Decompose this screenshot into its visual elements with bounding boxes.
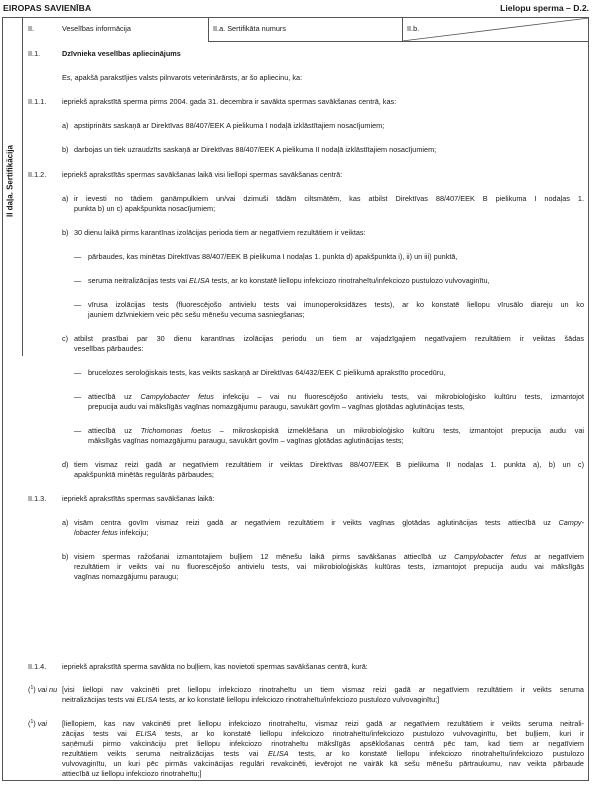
- dash-bullet: —: [74, 276, 81, 286]
- item-text-line: punkta b) un c) apakšpunkta nosacījumiem…: [74, 204, 215, 214]
- section-II-1-2-number: II.1.2.: [28, 170, 46, 180]
- option-text-line: [liellopiem, kas nav vakcinēti pret liel…: [62, 719, 584, 729]
- dash-bullet: —: [74, 426, 81, 436]
- option-label: (1) vai: [28, 719, 47, 729]
- bullet-text-line: jauniem dzīvniekiem veic pēc sešu mēnešu…: [88, 310, 305, 320]
- section-II-1-3-number: II.1.3.: [28, 494, 46, 504]
- sidebar-label: II daļa. Sertifikācija: [6, 99, 18, 264]
- option-text-line: rezultātiem veikts seruma neitralizācija…: [62, 749, 584, 759]
- item-text-line: tiem vismaz reizi gadā ar negatīviem rez…: [74, 460, 584, 470]
- bullet-text: pārbaudes, kas minētas Direktīvas 88/407…: [88, 252, 458, 262]
- item-mark: b): [62, 552, 69, 562]
- bullet-text-line: attiecībā uz Campylobacter fetus infekci…: [88, 392, 584, 402]
- item-mark: c): [62, 334, 68, 344]
- item-text-line: apakšpunktā minētās regulārās pārbaudes;: [74, 470, 214, 480]
- item-text: darbojas un tiek uzraudzīts saskaņā ar D…: [74, 145, 436, 155]
- item-mark: a): [62, 121, 69, 131]
- bullet-text-line: vīrusa izolācijas tests (fluorescējošo a…: [88, 300, 584, 310]
- option-text-line: [visi liellopi nav vakcinēti pret liello…: [62, 685, 584, 695]
- attestation-intro: Es, apakšā parakstījies valsts pilnvarot…: [62, 73, 302, 83]
- bullet-text: seruma neitralizācijas tests vai ELISA t…: [88, 276, 490, 286]
- iib-diagonal-line: [402, 17, 589, 42]
- item-mark: a): [62, 194, 69, 204]
- section-II-1-4-number: II.1.4.: [28, 662, 46, 672]
- section-number: II.: [28, 24, 34, 34]
- section-II-1-1-number: II.1.1.: [28, 97, 46, 107]
- option-text-line: neitralizācijas tests vai ELISA tests, a…: [62, 695, 439, 705]
- section-II-1-1-text: iepriekš aprakstītā sperma pirms 2004. g…: [62, 97, 396, 107]
- section-title: Veselības informācija: [62, 24, 131, 34]
- page-header-left: EIROPAS SAVIENĪBA: [3, 3, 91, 13]
- item-text: 30 dienu laikā pirms karantīnas izolācij…: [74, 228, 366, 238]
- item-mark: a): [62, 518, 69, 528]
- bullet-text-line: prepucija audu vai mākslīgās vagīnas nom…: [88, 402, 465, 412]
- iib-label: II.b.: [407, 24, 419, 34]
- bullet-text: brucelozes seroloģiskais tests, kas veik…: [88, 368, 445, 378]
- option-text-line: zācijas tests vai ELISA tests, ar ko kon…: [62, 729, 584, 739]
- section-II-1-4-text: iepriekš aprakstītā sperma savākta no bu…: [62, 662, 368, 672]
- dash-bullet: —: [74, 300, 81, 310]
- item-mark: d): [62, 460, 69, 470]
- option-text-line: attiecībā uz liellopu infekciozo rinotra…: [62, 769, 202, 779]
- item-text-line: ir ievesti no tādiem ganāmpulkiem un/vai…: [74, 194, 584, 204]
- dash-bullet: —: [74, 252, 81, 262]
- item-text-line: visām centra govīm vismaz reizi gadā ar …: [74, 518, 584, 528]
- item-text-line: atbilst prasībai par 30 dienu karantīnas…: [74, 334, 584, 344]
- item-text: apstiprināts saskaņā ar Direktīvas 88/40…: [74, 121, 384, 131]
- section-II-1-title: Dzīvnieka veselības apliecinājums: [62, 49, 181, 59]
- bullet-text-line: mākslīgās vagīnas nomazgājumu paraugu, s…: [88, 436, 404, 446]
- dash-bullet: —: [74, 368, 81, 378]
- item-text-line: visiem spermas ražošanai izmantotajiem b…: [74, 552, 584, 562]
- section-II-1-number: II.1.: [28, 49, 40, 59]
- dash-bullet: —: [74, 392, 81, 402]
- header-divider-1: [208, 17, 209, 42]
- item-text-line: vagīnas nomazgājumu paraugu;: [74, 572, 178, 582]
- option-text-line: saņēmuši pirmo vakcināciju pret liellopu…: [62, 739, 584, 749]
- section-II-1-3-text: iepriekš aprakstītās spermas savākšanas …: [62, 494, 215, 504]
- item-mark: b): [62, 228, 69, 238]
- bullet-text-line: attiecībā uz Trichomonas foetus – mikros…: [88, 426, 584, 436]
- item-mark: b): [62, 145, 69, 155]
- item-text-line: rezultātiem ir veikts vai nu fluorescējo…: [74, 562, 584, 572]
- option-text-line: vulvovaginītu, un kuri pēc pirmās vakcin…: [62, 759, 584, 769]
- page-header-right: Lielopu sperma – D.2.: [500, 3, 589, 13]
- section-II-1-2-text: iepriekš aprakstītās spermas savākšanas …: [62, 170, 342, 180]
- certificate-number-label: II.a. Sertifikāta numurs: [213, 24, 286, 34]
- option-label: (1) vai nu: [28, 685, 57, 695]
- item-text-line: veselības pārbaudes:: [74, 344, 143, 354]
- item-text-line: lobacter fetus infekciju;: [74, 528, 148, 538]
